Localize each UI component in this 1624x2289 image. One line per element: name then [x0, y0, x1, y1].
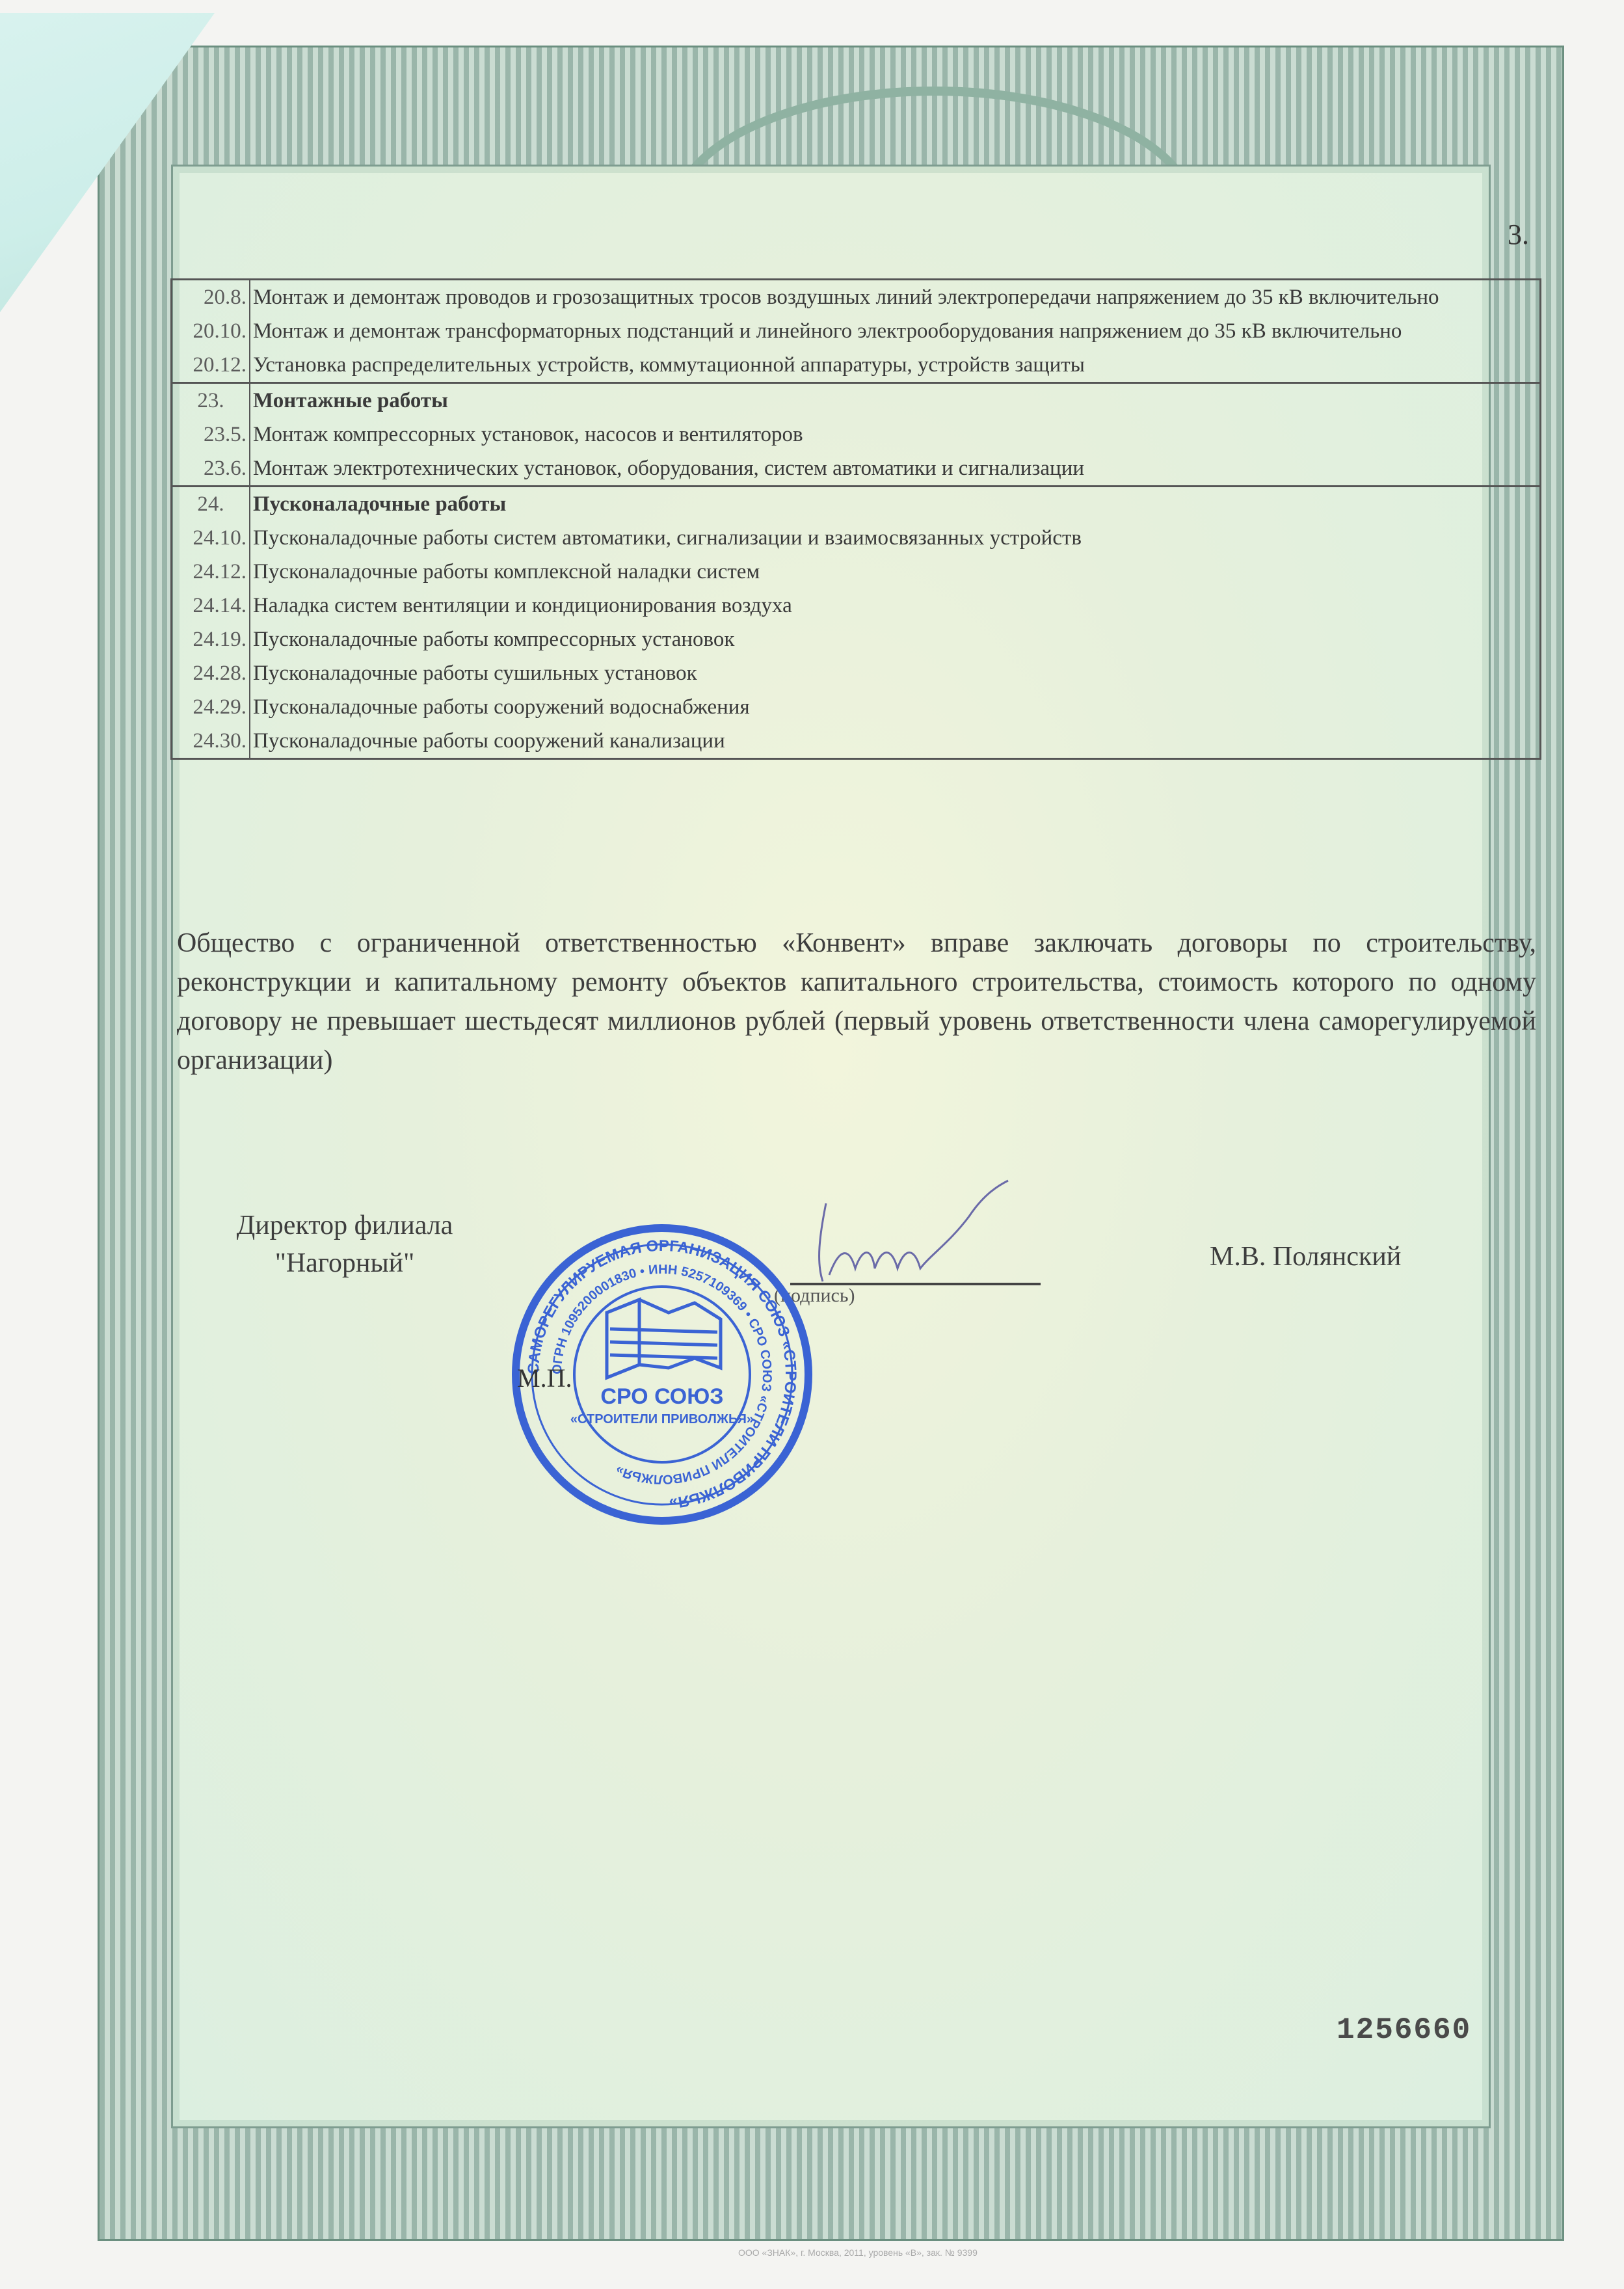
work-code: 24.10. — [172, 521, 250, 555]
table-row: 23.5.Монтаж компрессорных установок, нас… — [172, 418, 1541, 451]
table-row: 24.10.Пусконаладочные работы систем авто… — [172, 521, 1541, 555]
signatory-title-line2: "Нагорный" — [195, 1244, 494, 1282]
work-description: Установка распределительных устройств, к… — [250, 348, 1541, 383]
work-code: 24.19. — [172, 622, 250, 656]
work-description: Пусконаладочные работы компрессорных уст… — [250, 622, 1541, 656]
work-code: 20.10. — [172, 314, 250, 348]
work-description: Пусконаладочные работы сушильных установ… — [250, 656, 1541, 690]
table-row: 23.6.Монтаж электротехнических установок… — [172, 451, 1541, 487]
printer-note: ООО «ЗНАК», г. Москва, 2011, уровень «В»… — [738, 2247, 978, 2258]
svg-text:ОГРН 1095200001830 • ИНН 52571: ОГРН 1095200001830 • ИНН 5257109369 • СР… — [550, 1263, 774, 1486]
works-table: 20.8.Монтаж и демонтаж проводов и грозоз… — [170, 278, 1541, 760]
work-description: Монтаж и демонтаж проводов и грозозащитн… — [250, 280, 1541, 315]
work-description: Пусконаладочные работы комплексной налад… — [250, 555, 1541, 589]
work-code: 24.30. — [172, 724, 250, 759]
handwritten-signature — [800, 1177, 1073, 1294]
work-description: Монтаж и демонтаж трансформаторных подст… — [250, 314, 1541, 348]
serial-number: 1256660 — [1337, 2013, 1471, 2047]
work-description: Наладка систем вентиляции и кондициониро… — [250, 589, 1541, 622]
work-code: 23. — [172, 383, 250, 418]
signatory-title: Директор филиала "Нагорный" — [195, 1207, 494, 1282]
work-code: 24.29. — [172, 690, 250, 724]
svg-text:«СТРОИТЕЛИ ПРИВОЛЖЬЯ»: «СТРОИТЕЛИ ПРИВОЛЖЬЯ» — [570, 1412, 754, 1426]
seal-mark-label: М.П. — [517, 1363, 572, 1393]
table-row: 24.19.Пусконаладочные работы компрессорн… — [172, 622, 1541, 656]
table-row: 20.8.Монтаж и демонтаж проводов и грозоз… — [172, 280, 1541, 315]
building-emblem-icon — [607, 1300, 721, 1378]
work-description: Пусконаладочные работы систем автоматики… — [250, 521, 1541, 555]
work-description: Монтажные работы — [250, 383, 1541, 418]
signatory-name: М.В. Полянский — [1210, 1241, 1401, 1272]
work-code: 24.14. — [172, 589, 250, 622]
table-row: 24.28.Пусконаладочные работы сушильных у… — [172, 656, 1541, 690]
document-sheet: 3. 20.8.Монтаж и демонтаж проводов и гро… — [0, 0, 1624, 2289]
work-description: Монтаж компрессорных установок, насосов … — [250, 418, 1541, 451]
section-row: 23.Монтажные работы — [172, 383, 1541, 418]
work-code: 20.12. — [172, 348, 250, 383]
table-row: 24.12.Пусконаладочные работы комплексной… — [172, 555, 1541, 589]
statement-paragraph: Общество с ограниченной ответственностью… — [177, 924, 1536, 1080]
work-description: Монтаж электротехнических установок, обо… — [250, 451, 1541, 487]
section-row: 24.Пусконаладочные работы — [172, 487, 1541, 522]
signatory-title-line1: Директор филиала — [195, 1207, 494, 1244]
work-code: 23.6. — [172, 451, 250, 487]
page-number: 3. — [1508, 218, 1529, 251]
work-code: 24.12. — [172, 555, 250, 589]
table-row: 24.30.Пусконаладочные работы сооружений … — [172, 724, 1541, 759]
table-row: 20.10.Монтаж и демонтаж трансформаторных… — [172, 314, 1541, 348]
table-row: 24.29.Пусконаладочные работы сооружений … — [172, 690, 1541, 724]
work-code: 23.5. — [172, 418, 250, 451]
work-description: Пусконаладочные работы — [250, 487, 1541, 522]
table-row: 24.14.Наладка систем вентиляции и кондиц… — [172, 589, 1541, 622]
svg-text:СРО СОЮЗ: СРО СОЮЗ — [600, 1384, 723, 1409]
table-row: 20.12.Установка распределительных устрой… — [172, 348, 1541, 383]
work-description: Пусконаладочные работы сооружений водосн… — [250, 690, 1541, 724]
work-code: 20.8. — [172, 280, 250, 315]
work-code: 24.28. — [172, 656, 250, 690]
work-description: Пусконаладочные работы сооружений канали… — [250, 724, 1541, 759]
work-code: 24. — [172, 487, 250, 522]
